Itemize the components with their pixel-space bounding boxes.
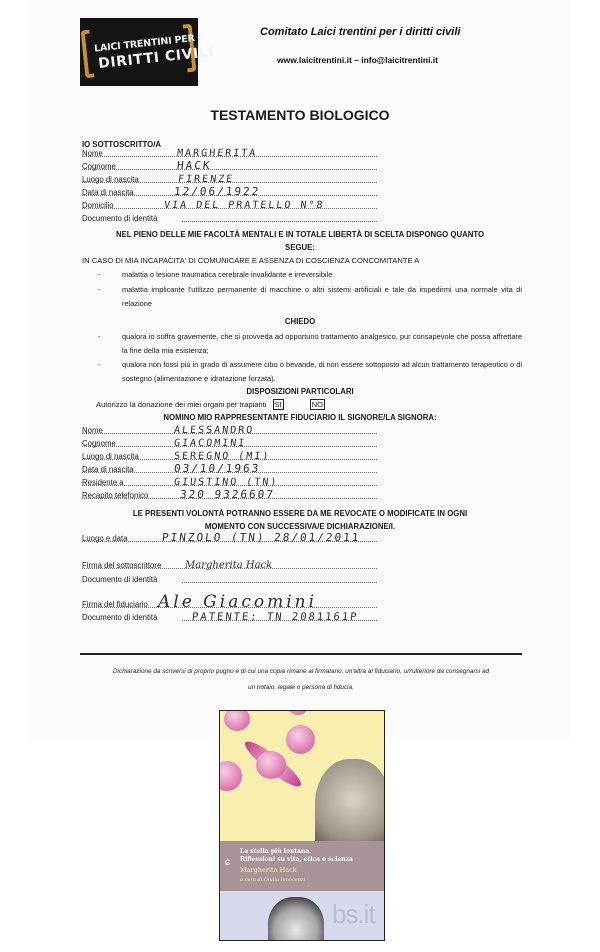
- field-subscriber-id-document: Documento di identità: [82, 212, 377, 224]
- field-subscriber-name: Nome MARGHERITA: [82, 147, 377, 159]
- field-trustee-residence: Residente a GIUSTINO (TN): [82, 476, 377, 488]
- handwritten-value: MARGHERITA: [176, 148, 257, 159]
- field-label: Domicilio: [82, 201, 114, 210]
- dotted-line: [182, 221, 377, 222]
- organ-donation-no-box: NO: [310, 399, 325, 410]
- bullet-dash: -: [98, 330, 100, 344]
- handwritten-value: VIA DEL PRATELLO N°8: [163, 200, 325, 211]
- field-trustee-name: Nome ALESSANDRO: [82, 424, 377, 436]
- organ-donation-yes-box: SI: [273, 399, 284, 410]
- book-author: Margherita Hack: [240, 866, 297, 874]
- handwritten-value: 03/10/1963: [173, 462, 261, 475]
- book-title: La stella più lontana. Riflessioni su vi…: [240, 848, 353, 864]
- field-label: Firma del sottoscrittore: [82, 561, 161, 570]
- field-label: Cognome: [82, 439, 116, 448]
- dotted-line: [82, 169, 377, 170]
- field-subscriber-domicile: Domicilio VIA DEL PRATELLO N°8: [82, 199, 377, 211]
- request-text: qualora non fossi più in grado di assume…: [122, 358, 522, 385]
- document-title: TESTAMENTO BIOLOGICO: [0, 107, 600, 123]
- field-trustee-signature: Firma del fiduciario Ale Giacomini: [82, 598, 377, 610]
- handwritten-value: HACK: [176, 159, 212, 172]
- field-label: Documento di identità: [82, 613, 157, 622]
- footer-note-line-2: un notaio, legale o persona di fiducia.: [78, 680, 524, 696]
- field-place-date: Luogo e data PINZOLO (TN) 28/01/2011: [82, 532, 377, 544]
- logo-bracket-left: [81, 30, 95, 79]
- organ-donation-row: Autorizzo la donazione dei miei organi p…: [96, 398, 536, 411]
- field-label: Documento di identità: [82, 214, 157, 223]
- field-subscriber-birthplace: Luogo di nascita FIRENZE: [82, 173, 377, 185]
- revocation-line-1: LE PRESENTI VOLONTÀ POTRANNO ESSERE DA M…: [80, 507, 520, 520]
- book-lower-panel: bs.it: [220, 891, 384, 941]
- book-cover-image: ɕ La stella più lontana. Riflessioni su …: [219, 710, 385, 941]
- condition-item: - malattia o lesione traumatica cerebral…: [98, 268, 522, 282]
- condition-text: malattia o lesione traumatica cerebrale …: [122, 268, 522, 282]
- revocation-heading: LE PRESENTI VOLONTÀ POTRANNO ESSERE DA M…: [80, 507, 520, 533]
- subscriber-signature: Margherita Hack: [185, 560, 272, 571]
- field-subscriber-signature: Firma del sottoscrittore Margherita Hack: [82, 559, 377, 571]
- field-label: Data di nascita: [82, 188, 134, 197]
- field-label: Documento di identità: [82, 575, 157, 584]
- condition-item: - malattia implicante l'utilizzo permane…: [98, 283, 522, 310]
- planet-illustration: [286, 725, 315, 754]
- condition-text: malattia implicante l'utilizzo permanent…: [122, 283, 522, 310]
- handwritten-value: 12/06/1922: [173, 185, 261, 198]
- dotted-line: [182, 582, 377, 583]
- planet-illustration: [224, 710, 250, 731]
- declaration-line-1: NEL PIENO DELLE MIE FACOLTÀ MENTALI E IN…: [80, 228, 520, 241]
- trustee-signature: Ale Giacomini: [158, 592, 317, 612]
- request-text: qualora io soffra gravemente, che si pro…: [122, 330, 522, 357]
- footer-note-line-1: Dichiarazione da scriversi di proprio pu…: [78, 664, 524, 680]
- planet-illustration: [288, 710, 308, 715]
- organization-name: Comitato Laici trentini per i diritti ci…: [260, 26, 460, 38]
- handwritten-value: SEREGNO (MI): [173, 451, 270, 462]
- planet-illustration: [219, 761, 242, 791]
- declaration-line-2: SEGUE:: [80, 241, 520, 254]
- condition-intro: IN CASO DI MIA INCAPACITA' DI COMUNICARE…: [82, 254, 522, 267]
- footer-note: Dichiarazione da scriversi di proprio pu…: [78, 664, 524, 696]
- handwritten-value: PATENTE: TN 2081161P: [191, 611, 359, 623]
- organ-donation-label: Autorizzo la donazione dei miei organi p…: [96, 400, 267, 409]
- field-trustee-birthplace: Luogo di nascita SEREGNO (MI): [82, 450, 377, 462]
- field-label: Luogo di nascita: [82, 175, 139, 184]
- field-trustee-id: Documento di identità PATENTE: TN 208116…: [82, 611, 377, 623]
- field-label: Luogo di nascita: [82, 452, 139, 461]
- handwritten-value: GIUSTINO (TN): [173, 477, 278, 488]
- handwritten-value: GIACOMINI: [173, 438, 246, 449]
- field-label: Nome: [82, 149, 103, 158]
- editor-photo: [268, 897, 324, 941]
- bullet-dash: -: [98, 358, 100, 372]
- handwritten-value: PINZOLO (TN) 28/01/2011: [161, 531, 361, 544]
- field-label: Luogo e data: [82, 534, 128, 543]
- handwritten-value: ALESSANDRO: [173, 425, 254, 436]
- field-trustee-surname: Cognome GIACOMINI: [82, 437, 377, 449]
- trustee-heading: NOMINO MIO RAPPRESENTANTE FIDUCIARIO IL …: [80, 411, 520, 424]
- book-editor: a cura di Giulia Innocenzi: [240, 877, 305, 883]
- footer-divider: [80, 653, 522, 655]
- bullet-dash: -: [98, 283, 100, 297]
- field-trustee-birthdate: Data di nascita 03/10/1963: [82, 463, 377, 475]
- field-subscriber-surname: Cognome HACK: [82, 160, 377, 172]
- field-subscriber-id: Documento di identità: [82, 573, 377, 585]
- laici-trentini-logo: LAICI TRENTINI PER I DIRITTI CIVILI: [80, 18, 198, 86]
- special-provisions-heading: DISPOSIZIONI PARTICOLARI: [80, 385, 520, 398]
- bullet-dash: -: [98, 268, 100, 282]
- book-title-line-1: La stella più lontana.: [240, 848, 353, 856]
- handwritten-value: 320 9326607: [179, 488, 275, 501]
- field-label: Recapito telefonico: [82, 491, 148, 500]
- book-title-band: ɕ La stella più lontana. Riflessioni su …: [220, 841, 384, 891]
- saturn-illustration: [256, 751, 286, 779]
- field-label: Nome: [82, 426, 103, 435]
- field-label: Residente a: [82, 478, 124, 487]
- field-label: Data di nascita: [82, 465, 134, 474]
- field-label: Firma del fiduciario: [82, 600, 148, 609]
- declaration-heading: NEL PIENO DELLE MIE FACOLTÀ MENTALI E IN…: [80, 228, 520, 254]
- book-title-line-2: Riflessioni su vita, etica e scienza: [240, 856, 353, 864]
- request-item: - qualora io soffra gravemente, che si p…: [98, 330, 522, 357]
- field-trustee-phone: Recapito telefonico 320 9326607: [82, 489, 377, 501]
- field-label: Cognome: [82, 162, 116, 171]
- publisher-logo-icon: ɕ: [225, 857, 230, 868]
- organization-contacts: www.laicitrentini.it – info@laicitrentin…: [277, 55, 438, 65]
- field-subscriber-birthdate: Data di nascita 12/06/1922: [82, 186, 377, 198]
- watermark-text: bs.it: [332, 899, 375, 930]
- handwritten-value: FIRENZE: [177, 174, 234, 185]
- request-heading: CHIEDO: [80, 315, 520, 328]
- request-item: - qualora non fossi più in grado di assu…: [98, 358, 522, 385]
